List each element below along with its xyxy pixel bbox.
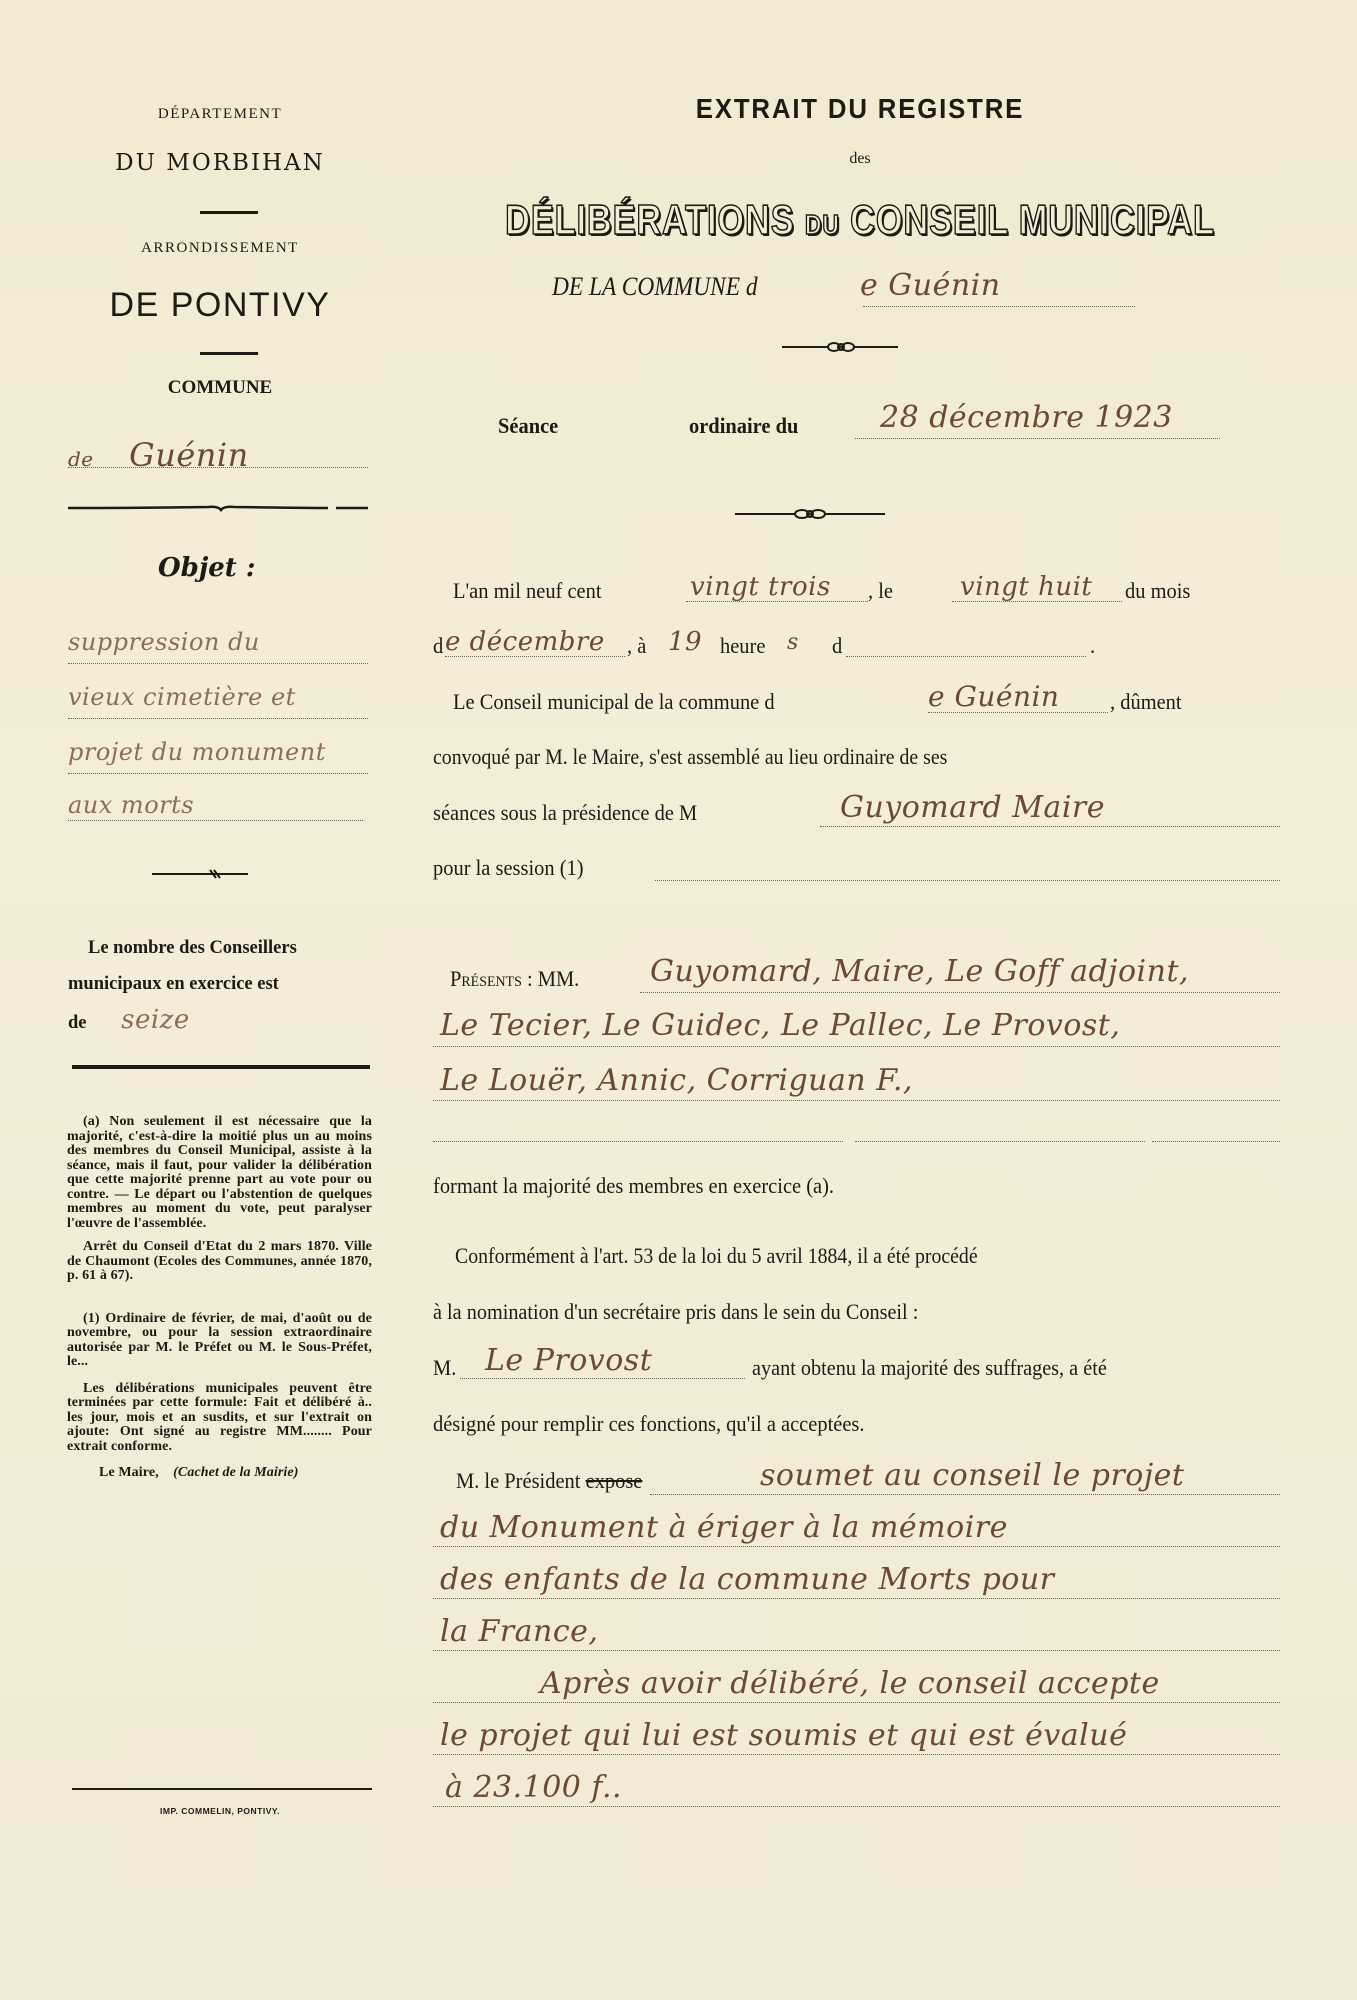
footnotes: (a) Non seulement il est nécessaire que … bbox=[67, 1115, 372, 1481]
departement-label: DÉPARTEMENT bbox=[60, 106, 380, 123]
secretaire-suffix: ayant obtenu la majorité des suffrages, … bbox=[752, 1355, 1107, 1381]
document-page: DÉPARTEMENT DU MORBIHAN ARRONDISSEMENT D… bbox=[0, 0, 1357, 2000]
presents-dotted bbox=[1152, 1141, 1280, 1142]
objet-line-3: projet du monument bbox=[68, 738, 326, 766]
departement-name: DU MORBIHAN bbox=[50, 150, 390, 176]
deliberation-line-6: le projet qui lui est soumis et qui est … bbox=[440, 1718, 1127, 1753]
body-line-2-d: d bbox=[832, 633, 842, 659]
conseillers-text-line-1: Le nombre des Conseillers bbox=[68, 930, 370, 966]
title-deliberations: DÉLIBÉRATIONS DU CONSEIL MUNICIPAL bbox=[499, 196, 1221, 244]
note-arret: Arrêt du Conseil d'Etat du 2 mars 1870. … bbox=[67, 1240, 372, 1284]
title-extrait: EXTRAIT DU REGISTRE bbox=[455, 93, 1265, 125]
deliberation-dotted bbox=[433, 1754, 1280, 1755]
note-signature: Le Maire, (Cachet de la Mairie) bbox=[67, 1466, 372, 1481]
note-1: (1) Ordinaire de février, de mai, d'août… bbox=[67, 1312, 372, 1370]
commune-line-value: e Guénin bbox=[860, 268, 1001, 303]
conseillers-count-value: seize bbox=[121, 1005, 190, 1035]
seance-label: Séance bbox=[498, 413, 558, 439]
note-a: (a) Non seulement il est nécessaire que … bbox=[67, 1115, 372, 1231]
month-dotted bbox=[445, 656, 625, 657]
day-dotted bbox=[952, 601, 1122, 602]
hour-value: 19 bbox=[668, 627, 702, 657]
president-prefix: M. le Président bbox=[456, 1468, 580, 1493]
commune-value: Guénin bbox=[129, 436, 249, 474]
cachet-label: (Cachet de la Mairie) bbox=[173, 1465, 298, 1480]
arrondissement-label: ARRONDISSEMENT bbox=[60, 240, 380, 257]
conseillers-count-line: de seize bbox=[68, 1002, 370, 1041]
presents-label: Présents : MM. bbox=[450, 966, 579, 992]
deliberation-dotted bbox=[433, 1702, 1280, 1703]
commune-body-value: e Guénin bbox=[928, 680, 1059, 713]
body-line-2-mid: , à bbox=[627, 633, 646, 659]
divider bbox=[200, 352, 258, 355]
mayor-label: Le Maire, bbox=[99, 1465, 159, 1480]
objet-label: Objet : bbox=[158, 553, 255, 583]
deliberation-line-7: à 23.100 f.. bbox=[445, 1770, 622, 1805]
presents-line-1: Guyomard, Maire, Le Goff adjoint, bbox=[650, 954, 1189, 989]
objet-line-2: vieux cimetière et bbox=[68, 683, 296, 711]
minutes-dotted bbox=[846, 656, 1086, 657]
bottom-divider bbox=[72, 1788, 372, 1790]
objet-line-1: suppression du bbox=[68, 628, 260, 656]
body-line-1-prefix: L'an mil neuf cent bbox=[453, 578, 602, 604]
year-dotted bbox=[686, 601, 868, 602]
ornament-divider bbox=[782, 340, 898, 352]
presents-line-2: Le Tecier, Le Guidec, Le Pallec, Le Prov… bbox=[440, 1008, 1120, 1043]
president-expose-label: M. le Président expose bbox=[456, 1468, 642, 1494]
commune-label: COMMUNE bbox=[60, 377, 380, 399]
body-line-2-prefix: d bbox=[433, 633, 443, 659]
session-dotted bbox=[655, 880, 1280, 881]
conseillers-prefix: de bbox=[68, 1013, 87, 1033]
divider bbox=[200, 211, 258, 214]
conformement-line-1: Conformément à l'art. 53 de la loi du 5 … bbox=[455, 1243, 978, 1269]
deliberation-line-4: la France, bbox=[440, 1614, 598, 1649]
deliberation-line-3: des enfants de la commune Morts pour bbox=[440, 1562, 1055, 1597]
objet-dotted-line bbox=[68, 820, 363, 821]
title-des: des bbox=[420, 150, 1300, 168]
president-value: Guyomard Maire bbox=[840, 790, 1105, 825]
deliberation-dotted bbox=[650, 1494, 1280, 1495]
objet-dotted-line bbox=[68, 773, 368, 774]
objet-dotted-line bbox=[68, 718, 368, 719]
presents-dotted bbox=[855, 1141, 1145, 1142]
body-line-4: convoqué par M. le Maire, s'est assemblé… bbox=[433, 744, 947, 770]
body-line-2-heures: heure bbox=[720, 633, 765, 659]
secretaire-prefix: M. bbox=[433, 1355, 456, 1381]
presents-dotted bbox=[640, 992, 1280, 993]
arrondissement-name: DE PONTIVY bbox=[50, 286, 390, 325]
deliberation-line-5: Après avoir délibéré, le conseil accepte bbox=[540, 1666, 1160, 1701]
presents-dotted bbox=[433, 1046, 1280, 1047]
body-line-5-prefix: séances sous la présidence de M bbox=[433, 800, 697, 826]
commune-field: de Guénin bbox=[68, 436, 249, 474]
seance-date-value: 28 décembre 1923 bbox=[880, 400, 1173, 435]
thick-divider bbox=[72, 1065, 370, 1069]
body-line-3-prefix: Le Conseil municipal de la commune d bbox=[453, 689, 775, 715]
objet-dotted-line bbox=[68, 663, 368, 664]
body-line-2-end: . bbox=[1090, 633, 1095, 659]
commune-line-dotted bbox=[863, 306, 1135, 307]
seance-date-dotted bbox=[855, 438, 1220, 439]
commune-line-label: DE LA COMMUNE d bbox=[552, 272, 758, 302]
session-label: pour la session (1) bbox=[433, 855, 584, 881]
seance-type-label: ordinaire du bbox=[689, 413, 798, 439]
objet-line-4: aux morts bbox=[68, 791, 194, 819]
title-du: DU bbox=[805, 209, 840, 240]
deliberation-dotted bbox=[433, 1546, 1280, 1547]
conseillers-count-text: Le nombre des Conseillers municipaux en … bbox=[68, 930, 370, 1041]
ornament-divider bbox=[735, 507, 885, 519]
curly-brace-divider bbox=[68, 499, 368, 507]
hour-suffix-value: s bbox=[787, 630, 799, 655]
title-part-1: DÉLIBÉRATIONS bbox=[505, 196, 794, 243]
printer-imprint: IMP. COMMELIN, PONTIVY. bbox=[60, 1806, 380, 1816]
ornament-divider bbox=[152, 866, 248, 876]
body-line-1-suffix: du mois bbox=[1125, 578, 1190, 604]
body-line-1-mid: , le bbox=[868, 578, 893, 604]
majorite-text: formant la majorité des membres en exerc… bbox=[433, 1173, 834, 1199]
commune-dotted-line bbox=[68, 467, 368, 468]
deliberation-dotted bbox=[433, 1650, 1280, 1651]
conseillers-text-line-2: municipaux en exercice est bbox=[68, 966, 370, 1002]
deliberation-line-1: soumet au conseil le projet bbox=[760, 1458, 1184, 1493]
deliberation-dotted bbox=[433, 1598, 1280, 1599]
designe-text: désigné pour remplir ces fonctions, qu'i… bbox=[433, 1411, 864, 1437]
commune-body-dotted bbox=[928, 712, 1108, 713]
deliberation-dotted bbox=[433, 1806, 1280, 1807]
presents-dotted bbox=[433, 1141, 843, 1142]
presents-line-3: Le Louër, Annic, Corriguan F., bbox=[440, 1063, 913, 1098]
struck-word: expose bbox=[586, 1468, 643, 1493]
conformement-line-2: à la nomination d'un secrétaire pris dan… bbox=[433, 1299, 918, 1325]
secretaire-value: Le Provost bbox=[485, 1343, 652, 1378]
note-formule: Les délibérations municipales peuvent êt… bbox=[67, 1382, 372, 1455]
secretaire-dotted bbox=[460, 1378, 745, 1379]
deliberation-line-2: du Monument à ériger à la mémoire bbox=[440, 1510, 1008, 1545]
year-value: vingt trois bbox=[690, 572, 831, 602]
body-line-3-suffix: , dûment bbox=[1110, 689, 1182, 715]
day-value: vingt huit bbox=[960, 572, 1092, 602]
presents-dotted bbox=[433, 1100, 1280, 1101]
president-dotted bbox=[820, 826, 1280, 827]
title-part-2: CONSEIL MUNICIPAL bbox=[850, 196, 1215, 243]
month-value: e décembre bbox=[445, 627, 605, 657]
